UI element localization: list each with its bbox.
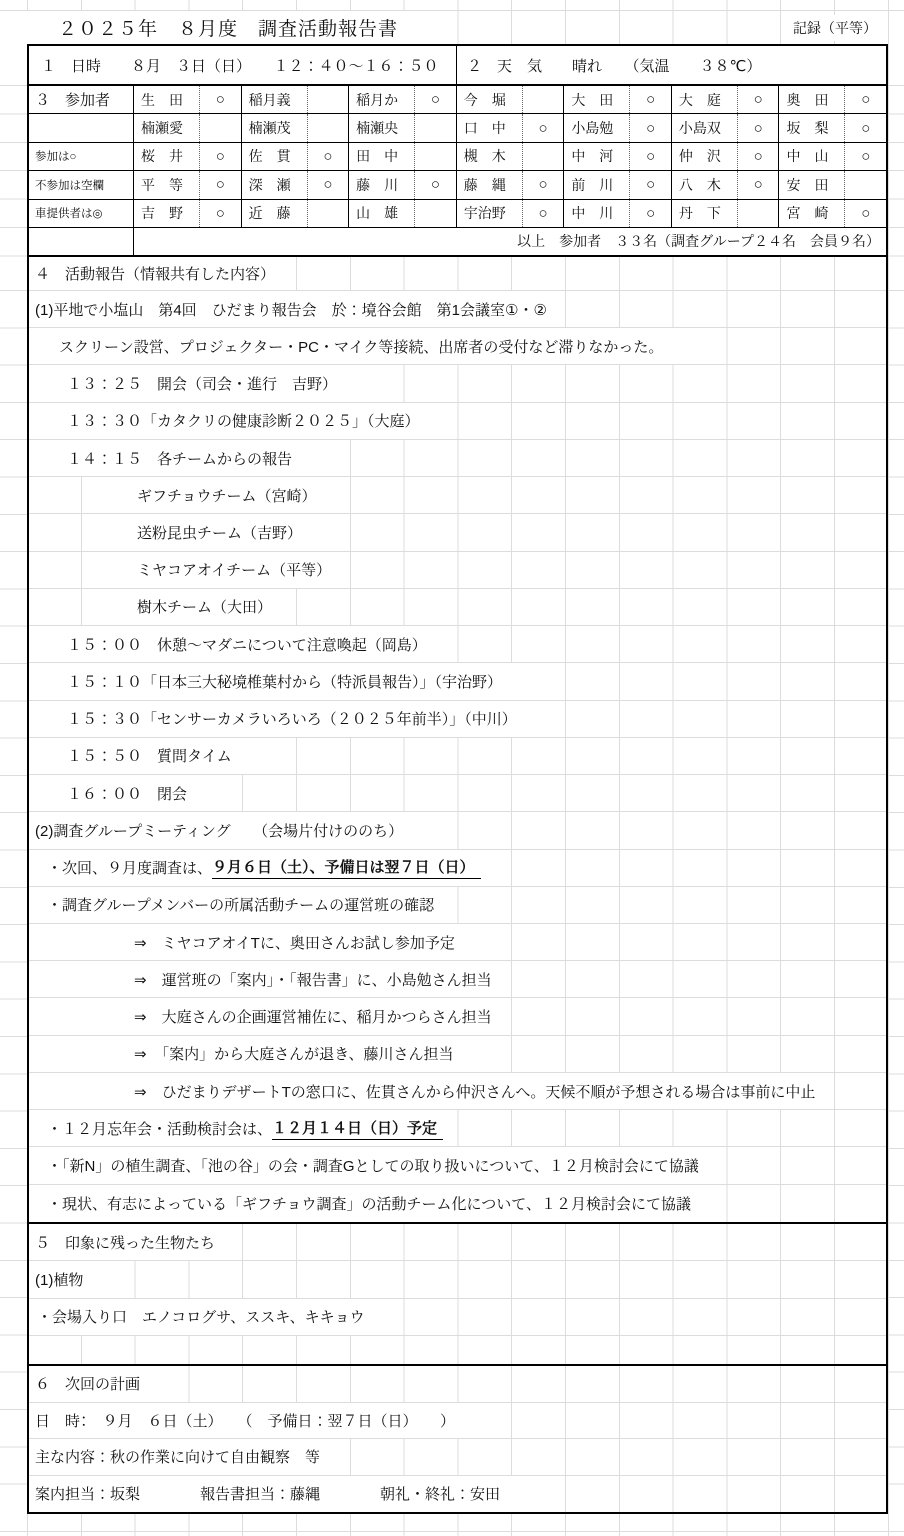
activity-text: ・１２月忘年会・活動検討会は、: [47, 1118, 272, 1139]
activity-text: １６：００ 閉会: [67, 783, 187, 804]
participants-summary: 以上 参加者 ３３名（調査グループ２４名 会員９名）: [134, 228, 886, 255]
participant-mark: ○: [630, 114, 671, 141]
participant-cell: 中 山 ○: [779, 143, 886, 170]
participant-name: 近 藤: [242, 200, 308, 227]
participant-mark: ○: [523, 171, 564, 198]
participant-name: 藤 縄: [457, 171, 523, 198]
participant-cell: 小島双 ○: [672, 114, 780, 141]
participant-name: 今 堀: [457, 86, 523, 113]
activity-row-text: ミヤコアオイチーム（平等）: [134, 552, 345, 588]
participant-mark: [845, 171, 886, 198]
participant-mark: ○: [738, 114, 779, 141]
participant-cell: 槻 木: [457, 143, 565, 170]
participant-cell: 山 雄: [349, 200, 457, 227]
activity-row: １５：３０「センサーカメラいろいろ（２０２５年前半）」（中川）: [29, 701, 886, 738]
activity-text: １３：３０「カタクリの健康診断２０２５」（大庭）: [67, 410, 420, 431]
activity-row: ギフチョウチーム（宮崎）: [29, 477, 886, 514]
activity-row-text: ⇒ 「案内」から大庭さんが退き、藤川さん担当: [29, 1036, 467, 1072]
activity-row-text: ・「新N」の植生調査、「池の谷」の会・調査Gとしての取り扱いについて、１２月検討…: [29, 1147, 713, 1183]
activity-row: 樹木チーム（大田）: [29, 589, 886, 626]
activity-row-text: ・現状、有志によっている「ギフチョウ調査」の活動チーム化について、１２月検討会に…: [29, 1185, 705, 1222]
participant-mark: ○: [845, 86, 886, 113]
participant-mark: [415, 143, 456, 170]
participants-summary-corner: [29, 228, 134, 255]
activity-row: ・調査グループメンバーの所属活動チームの運営班の確認: [29, 887, 886, 924]
activity-text: ギフチョウチーム（宮崎）: [137, 485, 317, 506]
activity-rows: (1)平地で小塩山 第4回 ひだまり報告会 於：境谷会館 第1会議室①・② スク…: [29, 291, 886, 1222]
participant-name: 安 田: [779, 171, 845, 198]
next-plan-section: ６ 次回の計画 日 時： ９月 ６日（土） （ 予備日：翌７日（日） ） 主な内…: [27, 1366, 888, 1514]
participant-mark: [738, 200, 779, 227]
participant-mark: ○: [845, 200, 886, 227]
participants-summary-row: 以上 参加者 ３３名（調査グループ２４名 会員９名）: [29, 228, 886, 255]
participant-cell: 田 中: [349, 143, 457, 170]
activity-row: ・次回、９月度調査は、９月６日（土）、予備日は翌７日（日）: [29, 850, 886, 887]
participant-mark: ○: [738, 171, 779, 198]
activity-row: １４：１５ 各チームからの報告: [29, 440, 886, 477]
activity-text: ・調査グループメンバーの所属活動チームの運営班の確認: [47, 894, 434, 915]
participants-row: 楠瀬愛 楠瀬茂 楠瀬央 口 中 ○: [29, 114, 886, 142]
participant-name: 中 河: [564, 143, 630, 170]
participant-mark: ○: [523, 114, 564, 141]
activity-row: ⇒ 「案内」から大庭さんが退き、藤川さん担当: [29, 1036, 886, 1073]
activity-row: ⇒ ミヤコアオイTに、奥田さんお試し参加予定: [29, 924, 886, 961]
participant-mark: ○: [738, 86, 779, 113]
activity-text: ⇒ 大庭さんの企画運営補佐に、稲月かつらさん担当: [134, 1006, 492, 1027]
activity-row: (1)平地で小塩山 第4回 ひだまり報告会 於：境谷会館 第1会議室①・②: [29, 291, 886, 328]
participant-cell: 稲月か ○: [349, 86, 457, 113]
activity-row: ミヤコアオイチーム（平等）: [29, 552, 886, 589]
activity-row-text: ⇒ ミヤコアオイTに、奥田さんお試し参加予定: [29, 924, 469, 960]
activity-row: ・「新N」の植生調査、「池の谷」の会・調査Gとしての取り扱いについて、１２月検討…: [29, 1147, 886, 1184]
margin-gridlines-left: [0, 85, 27, 257]
activity-row-text: (2)調査グループミーティング （会場片付けののち）: [29, 812, 417, 848]
participants-row: 車提供者は◎ 吉 野 ○ 近 藤 山 雄: [29, 200, 886, 228]
activity-row-text: ⇒ ひだまりデザートTの窓口に、佐貫さんから仲沢さんへ。天候不順が予想される場合…: [29, 1073, 829, 1109]
participant-cell: 奥 田 ○: [779, 86, 886, 113]
participant-cell: 八 木 ○: [672, 171, 780, 198]
participant-mark: ○: [415, 86, 456, 113]
activity-row-text: １５：５０ 質問タイム: [29, 738, 246, 774]
activity-row-text: １４：１５ 各チームからの報告: [29, 440, 306, 476]
activity-heading-row: ４ 活動報告（情報共有した内容）: [29, 257, 886, 291]
activity-row: １６：００ 閉会: [29, 775, 886, 812]
participant-mark: ○: [845, 114, 886, 141]
observation-text: ・会場入り口 エノコログサ、ススキ、キキョウ: [29, 1299, 379, 1335]
activity-report-section: ４ 活動報告（情報共有した内容） (1)平地で小塩山 第4回 ひだまり報告会 於…: [27, 257, 888, 1224]
top-margin-strip: [0, 0, 904, 11]
activity-text: ⇒ 「案内」から大庭さんが退き、藤川さん担当: [134, 1043, 453, 1064]
participant-name: 槻 木: [457, 143, 523, 170]
activity-text: １５：３０「センサーカメラいろいろ（２０２５年前半）」（中川）: [67, 708, 517, 729]
activity-row: １５：００ 休憩～マダニについて注意喚起（岡島）: [29, 626, 886, 663]
participant-mark: ○: [845, 143, 886, 170]
participant-mark: ○: [630, 86, 671, 113]
participant-cell: 仲 沢 ○: [672, 143, 780, 170]
margin-gridlines-right-lower: [888, 290, 904, 1513]
activity-row-text: ギフチョウチーム（宮崎）: [134, 477, 331, 513]
activity-row-text: ・１２月忘年会・活動検討会は、１２月１４日（日）予定: [29, 1110, 457, 1146]
activity-row-text: 樹木チーム（大田）: [134, 589, 286, 625]
participant-name: 稲月か: [349, 86, 415, 113]
datetime-weather-section: １ 日時 ８月 ３日（日） １２：４０～１６：５０ ２ 天 気 晴れ （気温 ３…: [27, 44, 888, 86]
activity-row-text: スクリーン設営、プロジェクター・PC・マイク等接続、出席者の受付など滞りなかった…: [29, 328, 677, 364]
activity-text: スクリーン設営、プロジェクター・PC・マイク等接続、出席者の受付など滞りなかった…: [59, 336, 663, 357]
participants-table: ３ 参加者 生 田 ○ 稲月義 稲月か ○: [27, 86, 888, 257]
activity-text: １５：１０「日本三大秘境椎葉村から（特派員報告）」（宇治野）: [67, 671, 502, 692]
activity-row: ⇒ 運営班の「案内」・「報告書」に、小島勉さん担当: [29, 961, 886, 998]
activity-text: (1)平地で小塩山 第4回 ひだまり報告会 於：境谷会館 第1会議室①・②: [35, 299, 547, 320]
activity-row: ⇒ ひだまりデザートTの窓口に、佐貫さんから仲沢さんへ。天候不順が予想される場合…: [29, 1073, 886, 1110]
participant-cell: 桜 井 ○: [134, 143, 242, 170]
activity-row: １３：３０「カタクリの健康診断２０２５」（大庭）: [29, 403, 886, 440]
participant-cell: 楠瀬央: [349, 114, 457, 141]
participant-name: 小島勉: [564, 114, 630, 141]
activity-text: 送粉昆虫チーム（吉野）: [137, 522, 302, 543]
activity-row-text: ・調査グループメンバーの所属活動チームの運営班の確認: [29, 887, 448, 923]
activity-row-text: １５：００ 休憩～マダニについて注意喚起（岡島）: [29, 626, 441, 662]
participant-cell: 稲月義: [242, 86, 350, 113]
participant-mark: ○: [200, 171, 241, 198]
participant-mark: ○: [200, 86, 241, 113]
participants-row: 参加は○ 桜 井 ○ 佐 貫 ○ 田 中: [29, 143, 886, 171]
participant-name: 楠瀬愛: [134, 114, 200, 141]
activity-row: 送粉昆虫チーム（吉野）: [29, 514, 886, 551]
activity-text: １５：５０ 質問タイム: [67, 745, 232, 766]
participant-name: 丹 下: [672, 200, 738, 227]
activity-text: ⇒ 運営班の「案内」・「報告書」に、小島勉さん担当: [134, 969, 492, 990]
activity-text: ・「新N」の植生調査、「池の谷」の会・調査Gとしての取り扱いについて、１２月検討…: [47, 1155, 699, 1176]
participant-mark: ○: [630, 143, 671, 170]
next-plan-text: 案内担当：坂梨 報告書担当：藤縄 朝礼・終礼：安田: [29, 1476, 514, 1513]
participant-mark: ○: [630, 200, 671, 227]
participant-cell: 丹 下: [672, 200, 780, 227]
participant-cell: 藤 川 ○: [349, 171, 457, 198]
next-plan-heading: ６ 次回の計画: [29, 1366, 154, 1402]
activity-text: ⇒ ミヤコアオイTに、奥田さんお試し参加予定: [134, 932, 455, 953]
participant-name: 坂 梨: [779, 114, 845, 141]
next-plan-row: 日 時： ９月 ６日（土） （ 予備日：翌７日（日） ）: [29, 1403, 886, 1440]
activity-row-text: (1)平地で小塩山 第4回 ひだまり報告会 於：境谷会館 第1会議室①・②: [29, 291, 561, 327]
participants-row: ３ 参加者 生 田 ○ 稲月義 稲月か ○: [29, 86, 886, 114]
participant-name: 大 庭: [672, 86, 738, 113]
participant-name: 八 木: [672, 171, 738, 198]
participant-cell: 吉 野 ○: [134, 200, 242, 227]
bottom-margin-strip: [0, 1514, 904, 1536]
participant-cell: 中 河 ○: [564, 143, 672, 170]
activity-row: １３：２５ 開会（司会・進行 吉野）: [29, 365, 886, 402]
participant-cell: 深 瀬 ○: [242, 171, 350, 198]
observations-heading-row: ５ 印象に残った生物たち: [29, 1224, 886, 1261]
participant-mark: ○: [523, 200, 564, 227]
participant-cell: 宇治野 ○: [457, 200, 565, 227]
observation-text: (1)植物: [29, 1261, 97, 1297]
participant-name: 藤 川: [349, 171, 415, 198]
participant-name: 楠瀬茂: [242, 114, 308, 141]
margin-gridlines-left-lower: [0, 290, 27, 1513]
participant-mark: [308, 114, 349, 141]
activity-text: １３：２５ 開会（司会・進行 吉野）: [67, 373, 337, 394]
recorder-label: 記録（平等）: [783, 15, 888, 41]
datetime-cell: １ 日時 ８月 ３日（日） １２：４０～１６：５０: [29, 46, 457, 84]
participant-cell: 生 田 ○: [134, 86, 242, 113]
participant-cell: 中 川 ○: [564, 200, 672, 227]
participant-mark: [523, 143, 564, 170]
activity-text: (2)調査グループミーティング （会場片付けののち）: [35, 820, 403, 841]
participant-cell: 佐 貫 ○: [242, 143, 350, 170]
activity-row-text: 送粉昆虫チーム（吉野）: [134, 514, 316, 550]
participant-name: 宇治野: [457, 200, 523, 227]
activity-row-text: ・次回、９月度調査は、９月６日（土）、予備日は翌７日（日）: [29, 850, 495, 886]
activity-text: ・現状、有志によっている「ギフチョウ調査」の活動チーム化について、１２月検討会に…: [47, 1193, 691, 1214]
participant-name: 稲月義: [242, 86, 308, 113]
participant-mark: ○: [308, 171, 349, 198]
participant-cell: 前 川 ○: [564, 171, 672, 198]
participant-mark: ○: [308, 143, 349, 170]
next-plan-text: 日 時： ９月 ６日（土） （ 予備日：翌７日（日） ）: [29, 1403, 469, 1439]
participant-mark: [308, 86, 349, 113]
activity-row: １５：５０ 質問タイム: [29, 738, 886, 775]
participant-cell: 楠瀬愛: [134, 114, 242, 141]
participant-mark: [415, 114, 456, 141]
activity-emphasized-text: ９月６日（土）、予備日は翌７日（日）: [212, 856, 481, 879]
legend-absent: 不参加は空欄: [29, 171, 134, 198]
participant-name: 桜 井: [134, 143, 200, 170]
participant-name: 前 川: [564, 171, 630, 198]
participant-name: 生 田: [134, 86, 200, 113]
participant-name: 平 等: [134, 171, 200, 198]
participant-mark: ○: [200, 200, 241, 227]
weather-cell: ２ 天 気 晴れ （気温 ３８℃）: [457, 46, 886, 84]
participant-mark: ○: [200, 143, 241, 170]
participants-label: [29, 114, 134, 141]
participant-cell: 近 藤: [242, 200, 350, 227]
activity-row-text: １３：３０「カタクリの健康診断２０２５」（大庭）: [29, 403, 434, 439]
participant-cell: 平 等 ○: [134, 171, 242, 198]
participant-name: 吉 野: [134, 200, 200, 227]
participant-mark: ○: [415, 171, 456, 198]
activity-row-text: １６：００ 閉会: [29, 775, 201, 811]
participant-cell: 藤 縄 ○: [457, 171, 565, 198]
activity-row: ・１２月忘年会・活動検討会は、１２月１４日（日）予定: [29, 1110, 886, 1147]
participant-name: 中 山: [779, 143, 845, 170]
participant-cell: 今 堀: [457, 86, 565, 113]
participant-cell: 安 田: [779, 171, 886, 198]
margin-gridlines-right: [888, 85, 904, 257]
next-plan-row: 案内担当：坂梨 報告書担当：藤縄 朝礼・終礼：安田: [29, 1476, 886, 1513]
observations-heading: ５ 印象に残った生物たち: [29, 1224, 229, 1260]
participant-name: 小島双: [672, 114, 738, 141]
activity-row: (2)調査グループミーティング （会場片付けののち）: [29, 812, 886, 849]
activity-text: ⇒ ひだまりデザートTの窓口に、佐貫さんから仲沢さんへ。天候不順が予想される場合…: [134, 1081, 815, 1102]
participant-name: 楠瀬央: [349, 114, 415, 141]
observation-row: ・会場入り口 エノコログサ、ススキ、キキョウ: [29, 1299, 886, 1336]
participant-cell: 大 庭 ○: [672, 86, 780, 113]
activity-row: ・現状、有志によっている「ギフチョウ調査」の活動チーム化について、１２月検討会に…: [29, 1185, 886, 1222]
activity-emphasized-text: １２月１４日（日）予定: [272, 1117, 443, 1140]
participants-row: 不参加は空欄 平 等 ○ 深 瀬 ○ 藤 川 ○: [29, 171, 886, 199]
page-title: ２０２５年 ８月度 調査活動報告書: [27, 11, 410, 44]
activity-row-text: １５：３０「センサーカメラいろいろ（２０２５年前半）」（中川）: [29, 701, 531, 737]
participant-cell: 小島勉 ○: [564, 114, 672, 141]
activity-text: １５：００ 休憩～マダニについて注意喚起（岡島）: [67, 634, 427, 655]
participant-mark: ○: [738, 143, 779, 170]
participant-name: 田 中: [349, 143, 415, 170]
legend-attend: 参加は○: [29, 143, 134, 170]
participants-cells: 生 田 ○ 稲月義 稲月か ○ 今 堀: [134, 86, 886, 113]
participant-cell: 宮 崎 ○: [779, 200, 886, 227]
participant-name: 深 瀬: [242, 171, 308, 198]
next-plan-heading-row: ６ 次回の計画: [29, 1366, 886, 1403]
activity-heading: ４ 活動報告（情報共有した内容）: [29, 257, 289, 290]
activity-text: １４：１５ 各チームからの報告: [67, 448, 292, 469]
activity-text: ミヤコアオイチーム（平等）: [137, 559, 331, 580]
observation-row: (1)植物: [29, 1261, 886, 1298]
activity-text: ・次回、９月度調査は、: [47, 857, 212, 878]
participant-name: 山 雄: [349, 200, 415, 227]
participant-name: 仲 沢: [672, 143, 738, 170]
next-plan-text: 主な内容：秋の作業に向けて自由観察 等: [29, 1439, 334, 1475]
participant-mark: [200, 114, 241, 141]
participant-mark: [308, 200, 349, 227]
participant-name: 大 田: [564, 86, 630, 113]
activity-row-text: １５：１０「日本三大秘境椎葉村から（特派員報告）」（宇治野）: [29, 663, 516, 699]
participant-cell: 楠瀬茂: [242, 114, 350, 141]
activity-row-text: ⇒ 運営班の「案内」・「報告書」に、小島勉さん担当: [29, 961, 506, 997]
activity-row-text: １３：２５ 開会（司会・進行 吉野）: [29, 365, 351, 401]
participant-name: 中 川: [564, 200, 630, 227]
participant-name: 佐 貫: [242, 143, 308, 170]
participant-name: 奥 田: [779, 86, 845, 113]
participant-mark: [415, 200, 456, 227]
observations-section: ５ 印象に残った生物たち (1)植物 ・会場入り口 エノコログサ、ススキ、キキョ…: [27, 1224, 888, 1366]
activity-row: スクリーン設営、プロジェクター・PC・マイク等接続、出席者の受付など滞りなかった…: [29, 328, 886, 365]
participant-mark: [523, 86, 564, 113]
next-plan-rows: 日 時： ９月 ６日（土） （ 予備日：翌７日（日） ） 主な内容：秋の作業に向…: [29, 1403, 886, 1513]
participant-cell: 坂 梨 ○: [779, 114, 886, 141]
activity-row: ⇒ 大庭さんの企画運営補佐に、稲月かつらさん担当: [29, 998, 886, 1035]
participant-cell: 大 田 ○: [564, 86, 672, 113]
report-page: ２０２５年 ８月度 調査活動報告書 記録（平等） １ 日時 ８月 ３日（日） １…: [0, 0, 904, 1536]
title-row: ２０２５年 ８月度 調査活動報告書 記録（平等）: [27, 11, 888, 44]
participant-name: 宮 崎: [779, 200, 845, 227]
observations-rows: (1)植物 ・会場入り口 エノコログサ、ススキ、キキョウ: [29, 1261, 886, 1336]
legend-car-provider: 車提供者は◎: [29, 200, 134, 227]
activity-text: 樹木チーム（大田）: [137, 596, 272, 617]
participant-cell: 口 中 ○: [457, 114, 565, 141]
participants-heading: ３ 参加者: [29, 86, 134, 113]
participant-mark: ○: [630, 171, 671, 198]
activity-row: １５：１０「日本三大秘境椎葉村から（特派員報告）」（宇治野）: [29, 663, 886, 700]
next-plan-row: 主な内容：秋の作業に向けて自由観察 等: [29, 1439, 886, 1476]
participant-name: 口 中: [457, 114, 523, 141]
activity-row-text: ⇒ 大庭さんの企画運営補佐に、稲月かつらさん担当: [29, 998, 506, 1034]
